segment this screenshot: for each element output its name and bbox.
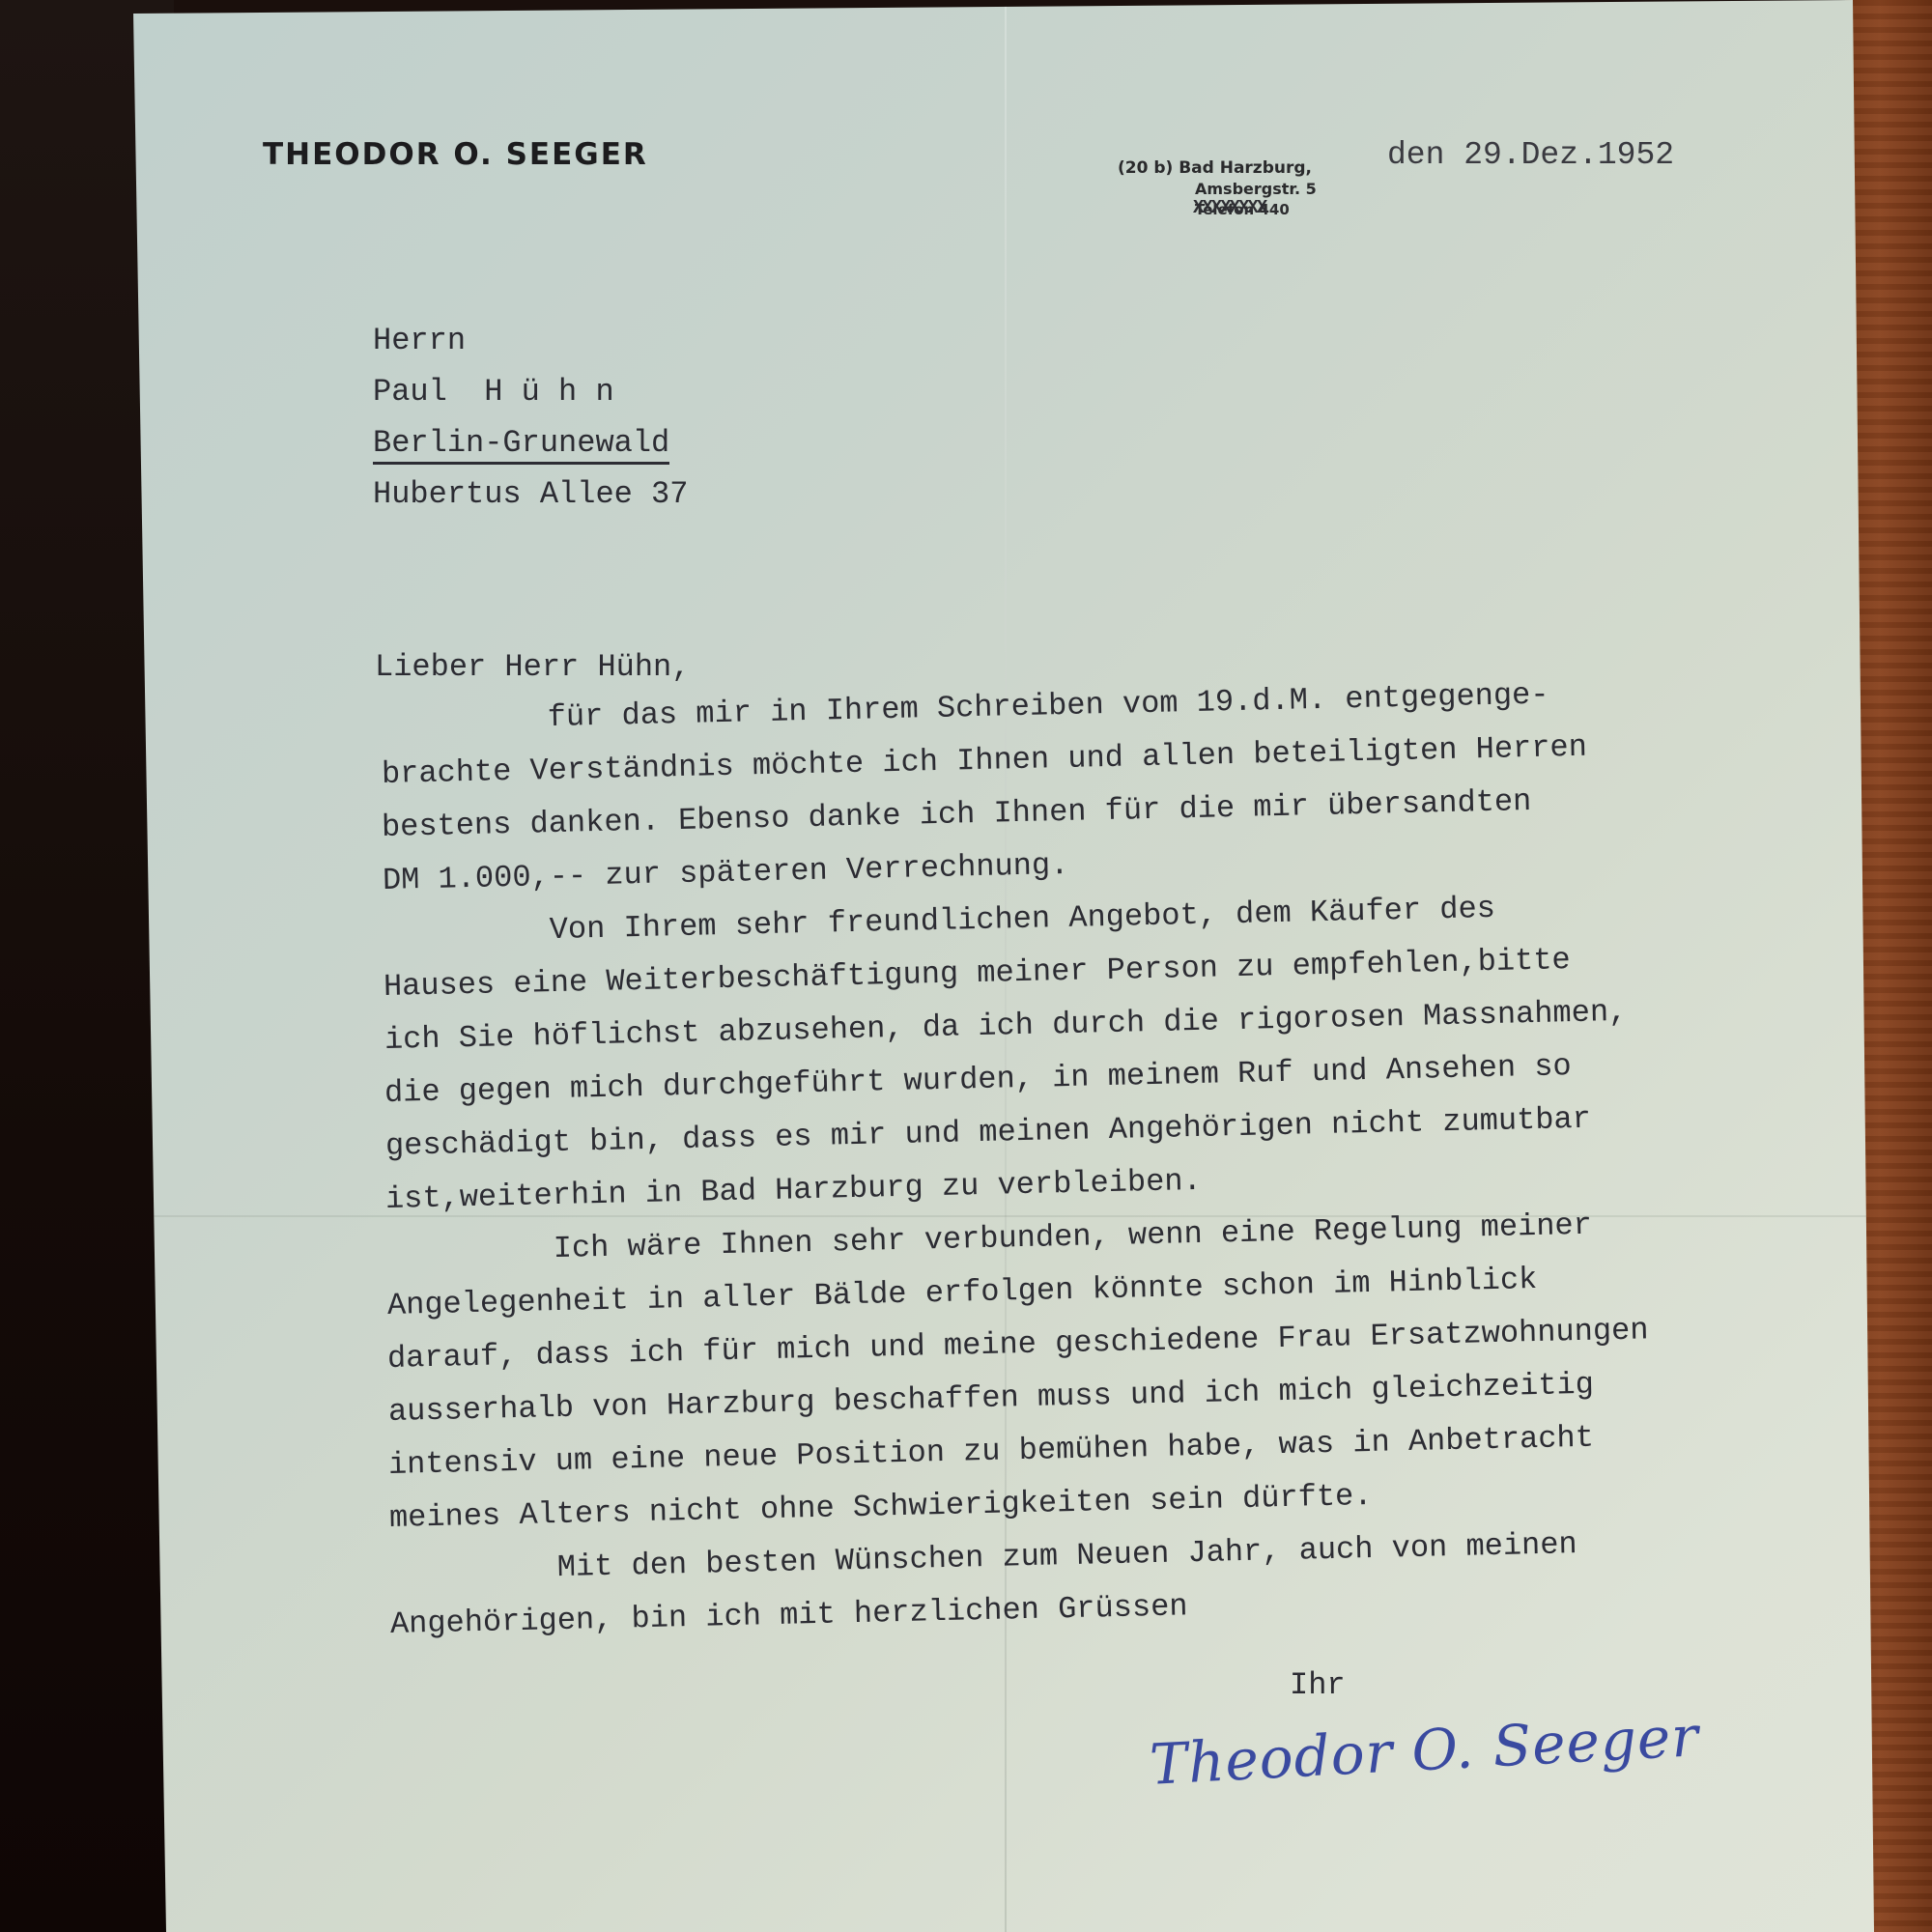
body-line: DM 1.000,-- zur späteren Verrechnung. [382,847,1068,898]
body-line: Hauses eine Weiterbeschäftigung meiner P… [384,942,1572,1005]
phone-overtype: XXXXXXXX [1193,197,1265,218]
letterhead-street: Amsbergstr. 5 [1195,180,1317,198]
body-line: bestens danken. Ebenso danke ich Ihnen f… [382,783,1532,845]
letterhead-name: THEODOR O. SEEGER [263,137,648,172]
body-line: intensiv um eine neue Position zu bemühe… [388,1420,1595,1483]
body-line: die gegen mich durchgeführt wurden, in m… [384,1048,1573,1111]
body-line: für das mir in Ihrem Schreiben vom 19.d.… [381,677,1549,739]
closing: Ihr [1290,1667,1346,1703]
body-line: Mit den besten Wünschen zum Neuen Jahr, … [389,1526,1577,1589]
letter-date: den 29.Dez.1952 [1387,137,1674,173]
letterhead-place: (20 b) Bad Harzburg, [1118,158,1312,178]
body-line: ist,weiterhin in Bad Harzburg zu verblei… [385,1163,1203,1217]
body-line: Von Ihrem sehr freundlichen Angebot, dem… [383,891,1496,952]
recipient-street: Hubertus Allee 37 [373,476,688,512]
letter-sheet: THEODOR O. SEEGER (20 b) Bad Harzburg, d… [0,0,1932,1932]
recipient-city: Berlin-Grunewald [373,425,669,465]
handwritten-signature: Theodor O. Seeger [1149,1703,1701,1798]
body-line: darauf, dass ich für mich und meine gesc… [387,1312,1649,1377]
body-line: geschädigt bin, dass es mir und meinen A… [384,1101,1591,1164]
body-line: meines Alters nicht ohne Schwierigkeiten… [389,1478,1373,1536]
letterhead-phone-struck: Telefon 440 XXXXXXXX [1195,201,1290,218]
recipient-name: Paul H ü h n [373,374,614,410]
body-line: brachte Verständnis möchte ich Ihnen und… [381,729,1587,792]
body-line: Angehörigen, bin ich mit herzlichen Grüs… [390,1588,1188,1642]
body-line: ausserhalb von Harzburg beschaffen muss … [387,1367,1594,1430]
body-line: Angelegenheit in aller Bälde erfolgen kö… [386,1262,1537,1323]
recipient-salutation: Herrn [373,323,466,358]
greeting: Lieber Herr Hühn, [375,649,690,685]
